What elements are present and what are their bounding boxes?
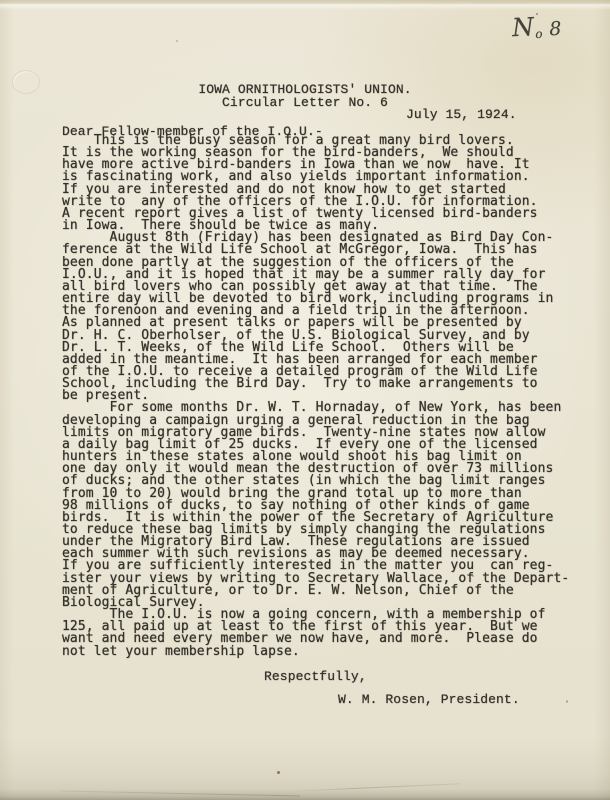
paper-bottom-fold-line <box>60 790 300 796</box>
letter-body-text: This is the busy season for a great many… <box>62 135 569 658</box>
letter-subtitle: Circular Letter No. 6 <box>0 97 610 109</box>
handwritten-number: 8 <box>549 18 562 41</box>
handwritten-o: o <box>535 27 543 41</box>
paper-speck <box>566 700 568 703</box>
paper-speck <box>472 575 474 577</box>
paper-speck <box>536 13 538 15</box>
paper-crease-mark <box>12 70 40 94</box>
scanned-letter-page: No8 IOWA ORNITHOLOGISTS' UNION. Circular… <box>0 0 610 800</box>
letter-signature: W. M. Rosen, President. <box>338 694 520 706</box>
paper-speck <box>277 771 280 774</box>
paper-fold-line <box>290 783 460 791</box>
letter-closing: Respectfully, <box>264 671 367 683</box>
handwritten-page-number: No8 <box>511 11 562 43</box>
letter-date: July 15, 1924. <box>406 109 517 121</box>
paper-speck <box>176 40 178 42</box>
handwritten-n: N <box>511 12 534 42</box>
